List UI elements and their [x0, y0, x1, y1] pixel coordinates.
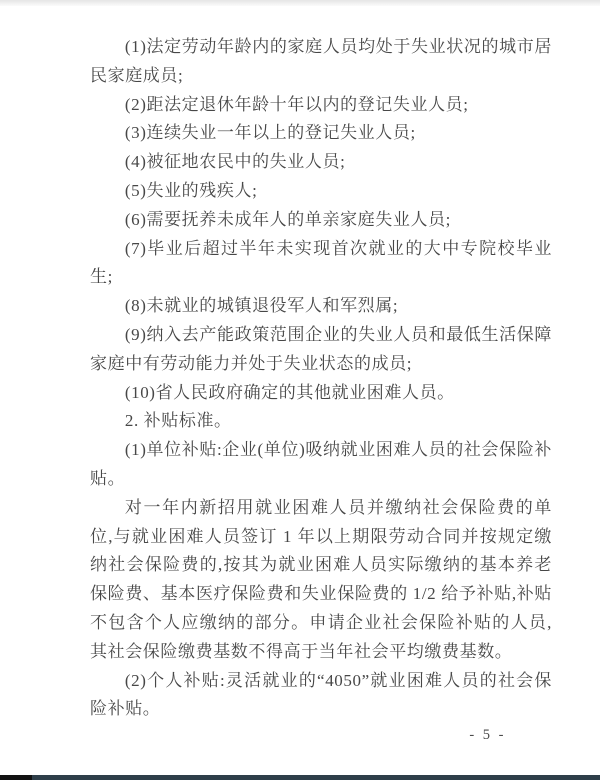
- paragraph: (9)纳入去产能政策范围企业的失业人员和最低生活保障家庭中有劳动能力并处于失业状…: [90, 321, 552, 379]
- document-body: (1)法定劳动年龄内的家庭人员均处于失业状况的城市居民家庭成员;(2)距法定退休…: [90, 33, 552, 724]
- paragraph: (5)失业的残疾人;: [90, 177, 552, 206]
- scanned-document-page: (1)法定劳动年龄内的家庭人员均处于失业状况的城市居民家庭成员;(2)距法定退休…: [0, 0, 600, 780]
- page-number: - 5 -: [469, 727, 506, 744]
- paragraph: (1)法定劳动年龄内的家庭人员均处于失业状况的城市居民家庭成员;: [90, 33, 552, 91]
- paragraph: 2. 补贴标准。: [90, 407, 552, 436]
- scan-bottom-bar-dark-segment: [0, 775, 32, 780]
- paragraph: (2)个人补贴:灵活就业的“4050”就业困难人员的社会保险补贴。: [90, 667, 552, 725]
- paragraph: (8)未就业的城镇退役军人和军烈属;: [90, 292, 552, 321]
- paragraph: (6)需要抚养未成年人的单亲家庭失业人员;: [90, 206, 552, 235]
- paragraph: (10)省人民政府确定的其他就业困难人员。: [90, 379, 552, 408]
- paragraph: (7)毕业后超过半年未实现首次就业的大中专院校毕业生;: [90, 235, 552, 293]
- page-top-edge: [0, 0, 600, 6]
- scan-bottom-bar: [0, 775, 600, 780]
- paragraph: (4)被征地农民中的失业人员;: [90, 148, 552, 177]
- paragraph: (1)单位补贴:企业(单位)吸纳就业困难人员的社会保险补贴。: [90, 436, 552, 494]
- paragraph: (3)连续失业一年以上的登记失业人员;: [90, 119, 552, 148]
- paragraph: 对一年内新招用就业困难人员并缴纳社会保险费的单位,与就业困难人员签订 1 年以上…: [90, 494, 552, 667]
- paragraph: (2)距法定退休年龄十年以内的登记失业人员;: [90, 91, 552, 120]
